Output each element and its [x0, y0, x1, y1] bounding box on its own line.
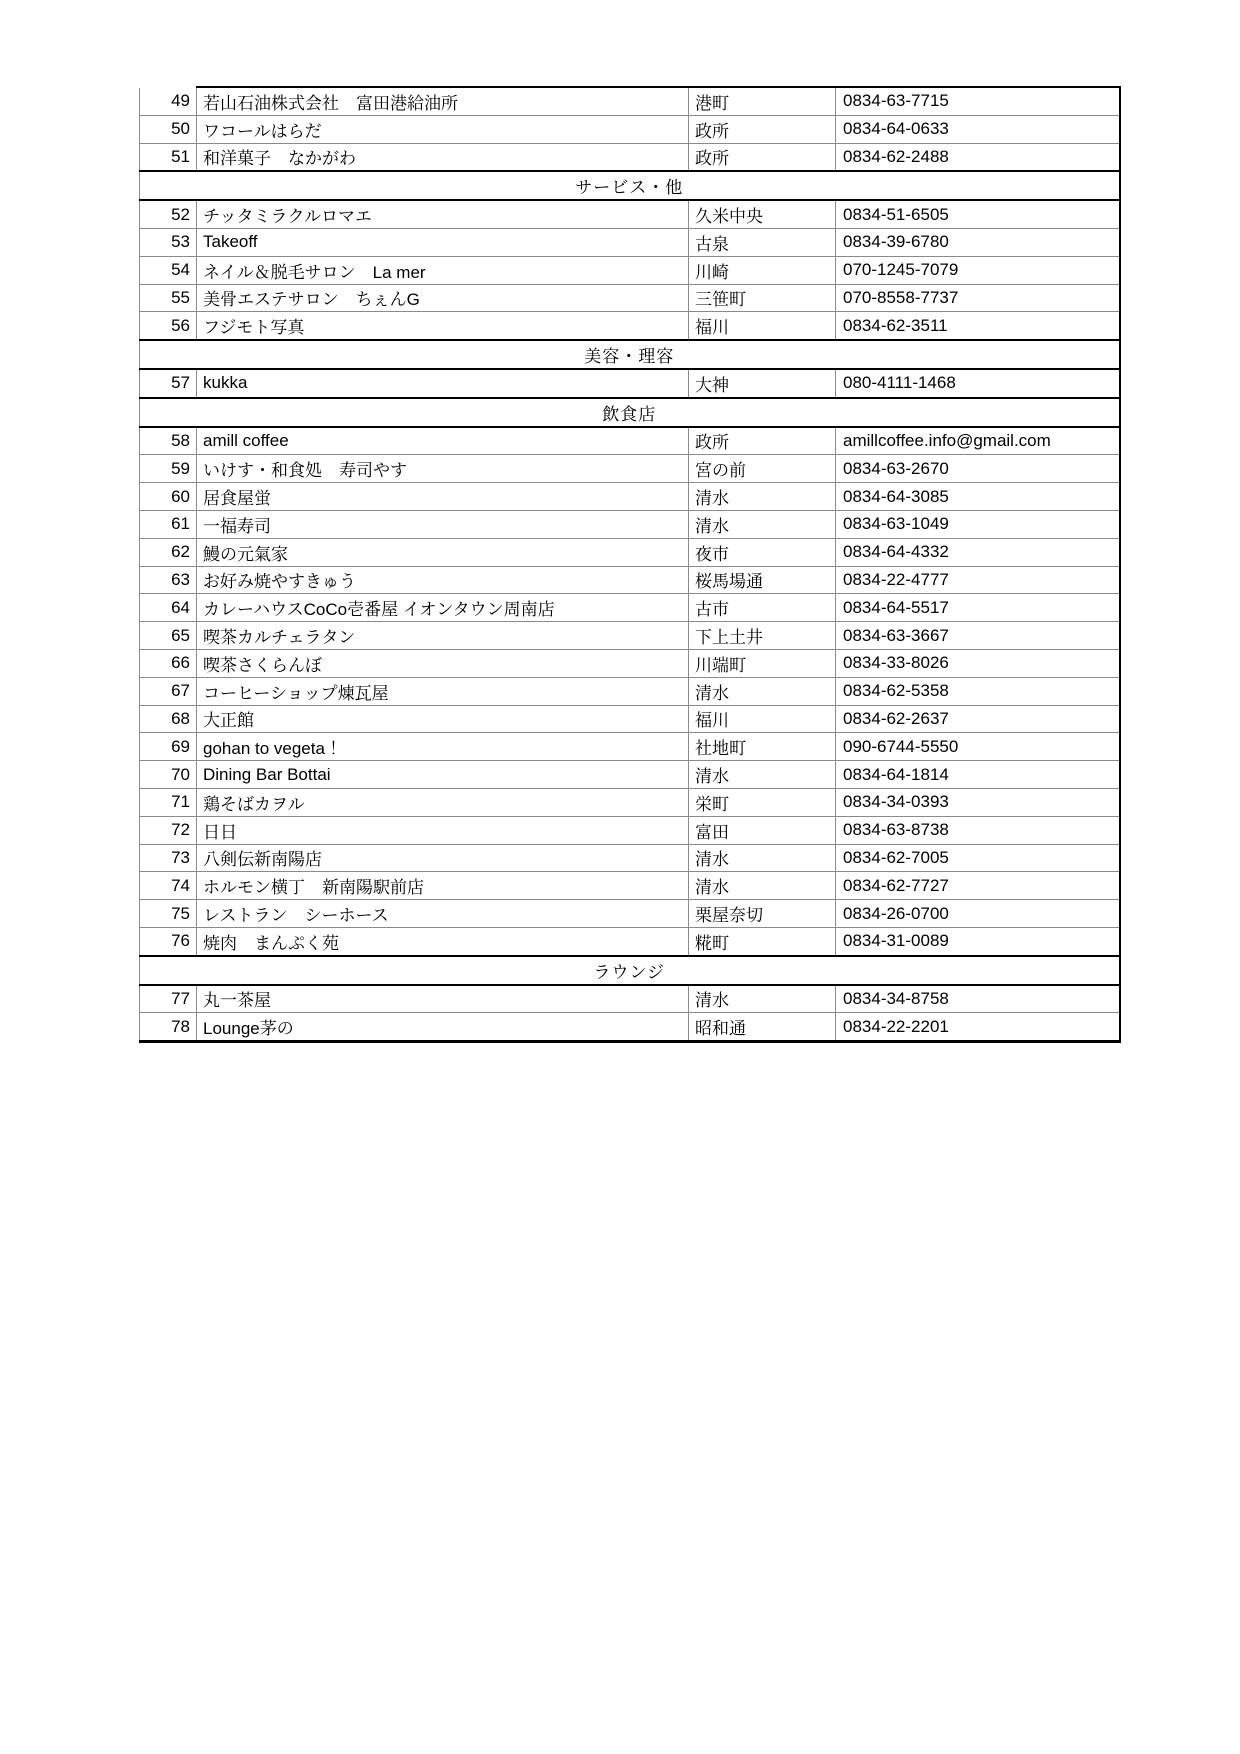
- contact-cell: 070-1245-7079: [836, 256, 1120, 284]
- business-name-cell: フジモト写真: [197, 312, 689, 340]
- business-name-cell: Dining Bar Bottai: [197, 761, 689, 789]
- business-name-cell: 大正館: [197, 705, 689, 733]
- table-row: 50ワコールはらだ政所0834-64-0633: [140, 115, 1120, 143]
- district-cell: 糀町: [689, 927, 836, 955]
- contact-cell: 0834-62-5358: [836, 677, 1120, 705]
- contact-cell: amillcoffee.info@gmail.com: [836, 427, 1120, 455]
- row-number-cell: 58: [140, 427, 197, 455]
- table-row: 66喫茶さくらんぼ川端町0834-33-8026: [140, 649, 1120, 677]
- table-row: 72日日富田0834-63-8738: [140, 816, 1120, 844]
- contact-cell: 0834-34-0393: [836, 788, 1120, 816]
- row-number-cell: 53: [140, 228, 197, 256]
- business-name-cell: ホルモン横丁 新南陽駅前店: [197, 872, 689, 900]
- directory-table-body: 49若山石油株式会社 富田港給油所港町0834-63-771550ワコールはらだ…: [140, 87, 1120, 1042]
- district-cell: 夜市: [689, 538, 836, 566]
- table-row: 70Dining Bar Bottai清水0834-64-1814: [140, 761, 1120, 789]
- row-number-cell: 77: [140, 985, 197, 1013]
- row-number-cell: 63: [140, 566, 197, 594]
- district-cell: 清水: [689, 844, 836, 872]
- district-cell: 川崎: [689, 256, 836, 284]
- contact-cell: 0834-64-0633: [836, 115, 1120, 143]
- table-row: 58amill coffee政所amillcoffee.info@gmail.c…: [140, 427, 1120, 455]
- business-name-cell: 和洋菓子 なかがわ: [197, 143, 689, 171]
- contact-cell: 0834-31-0089: [836, 927, 1120, 955]
- district-cell: 清水: [689, 761, 836, 789]
- table-row: 49若山石油株式会社 富田港給油所港町0834-63-7715: [140, 87, 1120, 115]
- business-name-cell: ネイル＆脱毛サロン La mer: [197, 256, 689, 284]
- row-number-cell: 57: [140, 369, 197, 398]
- contact-cell: 0834-22-2201: [836, 1013, 1120, 1042]
- contact-cell: 0834-64-5517: [836, 594, 1120, 622]
- row-number-cell: 72: [140, 816, 197, 844]
- section-header-row: 飲食店: [140, 398, 1120, 427]
- row-number-cell: 69: [140, 733, 197, 761]
- table-row: 75レストラン シーホース栗屋奈切0834-26-0700: [140, 900, 1120, 928]
- business-directory-table: 49若山石油株式会社 富田港給油所港町0834-63-771550ワコールはらだ…: [139, 86, 1121, 1043]
- row-number-cell: 59: [140, 455, 197, 483]
- contact-cell: 0834-63-1049: [836, 510, 1120, 538]
- row-number-cell: 51: [140, 143, 197, 171]
- district-cell: 清水: [689, 483, 836, 511]
- business-name-cell: 喫茶カルチェラタン: [197, 622, 689, 650]
- business-name-cell: 日日: [197, 816, 689, 844]
- district-cell: 政所: [689, 427, 836, 455]
- district-cell: 古市: [689, 594, 836, 622]
- row-number-cell: 70: [140, 761, 197, 789]
- table-row: 78Lounge茅の昭和通0834-22-2201: [140, 1013, 1120, 1042]
- contact-cell: 0834-63-3667: [836, 622, 1120, 650]
- contact-cell: 090-6744-5550: [836, 733, 1120, 761]
- business-name-cell: kukka: [197, 369, 689, 398]
- row-number-cell: 52: [140, 200, 197, 228]
- business-name-cell: 美骨エステサロン ちぇんG: [197, 284, 689, 312]
- business-name-cell: Takeoff: [197, 228, 689, 256]
- business-name-cell: チッタミラクルロマエ: [197, 200, 689, 228]
- business-name-cell: gohan to vegeta！: [197, 733, 689, 761]
- row-number-cell: 62: [140, 538, 197, 566]
- contact-cell: 0834-64-1814: [836, 761, 1120, 789]
- district-cell: 清水: [689, 510, 836, 538]
- table-row: 54ネイル＆脱毛サロン La mer川崎070-1245-7079: [140, 256, 1120, 284]
- row-number-cell: 67: [140, 677, 197, 705]
- district-cell: 清水: [689, 985, 836, 1013]
- document-page: { "document": { "description_columns": […: [0, 0, 1240, 1754]
- business-name-cell: 鶏そばカヲル: [197, 788, 689, 816]
- table-row: 64カレーハウスCoCo壱番屋 イオンタウン周南店古市0834-64-5517: [140, 594, 1120, 622]
- table-row: 56フジモト写真福川0834-62-3511: [140, 312, 1120, 340]
- contact-cell: 070-8558-7737: [836, 284, 1120, 312]
- contact-cell: 0834-62-7005: [836, 844, 1120, 872]
- business-name-cell: 若山石油株式会社 富田港給油所: [197, 87, 689, 115]
- district-cell: 古泉: [689, 228, 836, 256]
- contact-cell: 0834-26-0700: [836, 900, 1120, 928]
- row-number-cell: 64: [140, 594, 197, 622]
- row-number-cell: 75: [140, 900, 197, 928]
- contact-cell: 0834-62-2637: [836, 705, 1120, 733]
- table-row: 74ホルモン横丁 新南陽駅前店清水0834-62-7727: [140, 872, 1120, 900]
- contact-cell: 0834-62-7727: [836, 872, 1120, 900]
- table-row: 73八剣伝新南陽店清水0834-62-7005: [140, 844, 1120, 872]
- business-name-cell: 居食屋蛍: [197, 483, 689, 511]
- table-row: 69gohan to vegeta！社地町090-6744-5550: [140, 733, 1120, 761]
- district-cell: 下上土井: [689, 622, 836, 650]
- district-cell: 福川: [689, 705, 836, 733]
- business-name-cell: レストラン シーホース: [197, 900, 689, 928]
- section-label: ラウンジ: [140, 956, 1120, 985]
- district-cell: 桜馬場通: [689, 566, 836, 594]
- section-header-row: サービス・他: [140, 171, 1120, 200]
- row-number-cell: 73: [140, 844, 197, 872]
- contact-cell: 0834-64-3085: [836, 483, 1120, 511]
- table-row: 52チッタミラクルロマエ久米中央0834-51-6505: [140, 200, 1120, 228]
- district-cell: 社地町: [689, 733, 836, 761]
- business-name-cell: コーヒーショップ煉瓦屋: [197, 677, 689, 705]
- table-row: 67コーヒーショップ煉瓦屋清水0834-62-5358: [140, 677, 1120, 705]
- contact-cell: 0834-62-2488: [836, 143, 1120, 171]
- row-number-cell: 76: [140, 927, 197, 955]
- district-cell: 川端町: [689, 649, 836, 677]
- contact-cell: 0834-22-4777: [836, 566, 1120, 594]
- table-row: 55美骨エステサロン ちぇんG三笹町070-8558-7737: [140, 284, 1120, 312]
- row-number-cell: 65: [140, 622, 197, 650]
- business-name-cell: いけす・和食処 寿司やす: [197, 455, 689, 483]
- business-name-cell: カレーハウスCoCo壱番屋 イオンタウン周南店: [197, 594, 689, 622]
- contact-cell: 0834-62-3511: [836, 312, 1120, 340]
- contact-cell: 0834-34-8758: [836, 985, 1120, 1013]
- contact-cell: 0834-51-6505: [836, 200, 1120, 228]
- district-cell: 港町: [689, 87, 836, 115]
- section-label: 飲食店: [140, 398, 1120, 427]
- district-cell: 大神: [689, 369, 836, 398]
- district-cell: 久米中央: [689, 200, 836, 228]
- table-row: 59いけす・和食処 寿司やす宮の前0834-63-2670: [140, 455, 1120, 483]
- table-row: 57kukka大神080-4111-1468: [140, 369, 1120, 398]
- row-number-cell: 68: [140, 705, 197, 733]
- contact-cell: 0834-63-2670: [836, 455, 1120, 483]
- business-name-cell: amill coffee: [197, 427, 689, 455]
- contact-cell: 0834-63-7715: [836, 87, 1120, 115]
- table-row: 76焼肉 まんぷく苑糀町0834-31-0089: [140, 927, 1120, 955]
- district-cell: 宮の前: [689, 455, 836, 483]
- business-name-cell: 喫茶さくらんぼ: [197, 649, 689, 677]
- business-name-cell: 丸一茶屋: [197, 985, 689, 1013]
- district-cell: 昭和通: [689, 1013, 836, 1042]
- business-name-cell: 鰻の元氣家: [197, 538, 689, 566]
- business-name-cell: 焼肉 まんぷく苑: [197, 927, 689, 955]
- row-number-cell: 66: [140, 649, 197, 677]
- table-row: 51和洋菓子 なかがわ政所0834-62-2488: [140, 143, 1120, 171]
- section-header-row: 美容・理容: [140, 340, 1120, 369]
- business-name-cell: 一福寿司: [197, 510, 689, 538]
- contact-cell: 0834-64-4332: [836, 538, 1120, 566]
- row-number-cell: 61: [140, 510, 197, 538]
- contact-cell: 0834-33-8026: [836, 649, 1120, 677]
- table-row: 60居食屋蛍清水0834-64-3085: [140, 483, 1120, 511]
- table-row: 62鰻の元氣家夜市0834-64-4332: [140, 538, 1120, 566]
- business-name-cell: Lounge茅の: [197, 1013, 689, 1042]
- district-cell: 富田: [689, 816, 836, 844]
- contact-cell: 0834-39-6780: [836, 228, 1120, 256]
- contact-cell: 0834-63-8738: [836, 816, 1120, 844]
- business-name-cell: お好み焼やすきゅう: [197, 566, 689, 594]
- table-row: 63お好み焼やすきゅう桜馬場通0834-22-4777: [140, 566, 1120, 594]
- section-header-row: ラウンジ: [140, 956, 1120, 985]
- section-label: 美容・理容: [140, 340, 1120, 369]
- row-number-cell: 71: [140, 788, 197, 816]
- row-number-cell: 74: [140, 872, 197, 900]
- row-number-cell: 56: [140, 312, 197, 340]
- row-number-cell: 50: [140, 115, 197, 143]
- district-cell: 清水: [689, 872, 836, 900]
- business-name-cell: 八剣伝新南陽店: [197, 844, 689, 872]
- row-number-cell: 78: [140, 1013, 197, 1042]
- row-number-cell: 55: [140, 284, 197, 312]
- table-row: 71鶏そばカヲル栄町0834-34-0393: [140, 788, 1120, 816]
- row-number-cell: 54: [140, 256, 197, 284]
- contact-cell: 080-4111-1468: [836, 369, 1120, 398]
- district-cell: 福川: [689, 312, 836, 340]
- table-row: 61一福寿司清水0834-63-1049: [140, 510, 1120, 538]
- section-label: サービス・他: [140, 171, 1120, 200]
- table-row: 53Takeoff古泉0834-39-6780: [140, 228, 1120, 256]
- district-cell: 栄町: [689, 788, 836, 816]
- district-cell: 政所: [689, 143, 836, 171]
- district-cell: 三笹町: [689, 284, 836, 312]
- district-cell: 政所: [689, 115, 836, 143]
- district-cell: 清水: [689, 677, 836, 705]
- table-row: 65喫茶カルチェラタン下上土井0834-63-3667: [140, 622, 1120, 650]
- business-name-cell: ワコールはらだ: [197, 115, 689, 143]
- row-number-cell: 60: [140, 483, 197, 511]
- row-number-cell: 49: [140, 87, 197, 115]
- district-cell: 栗屋奈切: [689, 900, 836, 928]
- table-row: 77丸一茶屋清水0834-34-8758: [140, 985, 1120, 1013]
- table-row: 68大正館福川0834-62-2637: [140, 705, 1120, 733]
